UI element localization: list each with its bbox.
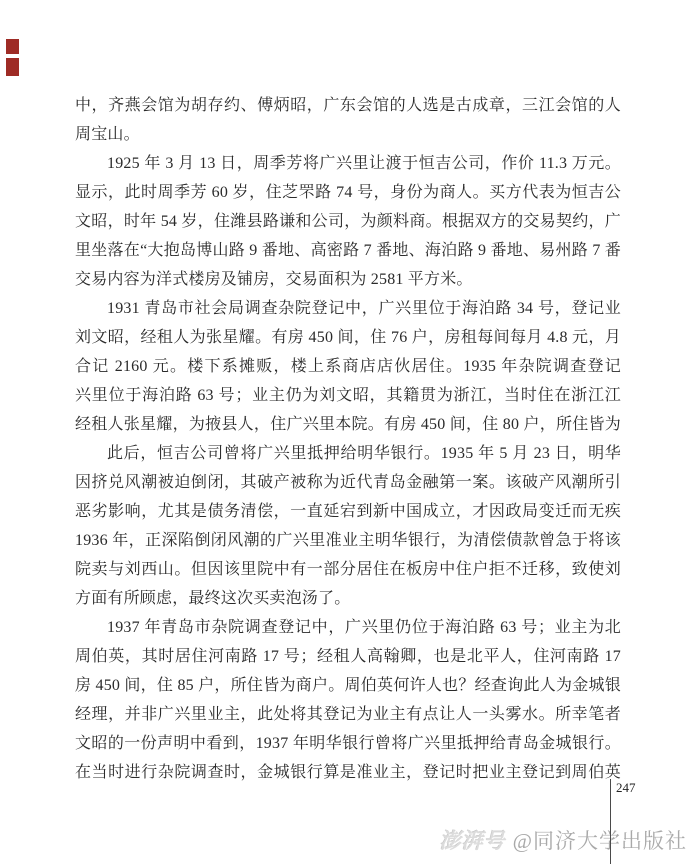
page-number-rule <box>610 779 611 864</box>
text-line: 1937 年青岛市杂院调查登记中，广兴里仍位于海泊路 63 号；业主为北平人 <box>75 613 621 642</box>
text-line: 合记 2160 元。楼下系摊贩，楼上系商店店伙居住。1935 年杂院调查登记中，… <box>75 352 621 381</box>
text-line: 1931 青岛市社会局调查杂院登记中，广兴里位于海泊路 34 号，登记业主为 <box>75 294 621 323</box>
page-number: 247 <box>616 780 636 796</box>
text-line: 房 450 间，住 85 户，所住皆为商户。周伯英何许人也？经查询此人为金城银行 <box>75 671 621 700</box>
watermark: 澎湃号@同济大学出版社 <box>440 825 687 855</box>
pengpai-logo: 澎湃号 <box>440 829 506 853</box>
text-line: 文昭，时年 54 岁，住潍县路谦和公司，为颜料商。根据双方的交易契约，广兴 <box>75 207 621 236</box>
book-page: 中，齐燕会馆为胡存约、傅炳昭，广东会馆的人选是古成章，三江会馆的人选是周宝山。1… <box>0 0 690 864</box>
text-line: 经租人张星耀，为掖县人，住广兴里本院。有房 450 间，住 80 户，所住皆为商… <box>75 410 621 439</box>
text-line: 方面有所顾虑，最终这次买卖泡汤了。 <box>75 584 621 613</box>
body-text: 中，齐燕会馆为胡存约、傅炳昭，广东会馆的人选是古成章，三江会馆的人选是周宝山。1… <box>75 91 621 787</box>
text-line: 1925 年 3 月 13 日，周季芳将广兴里让渡于恒吉公司，作价 11.3 万… <box>75 149 621 178</box>
text-line: 刘文昭，经租人为张星耀。有房 450 间，住 76 户，房租每间每月 4.8 元… <box>75 323 621 352</box>
red-edge-mark-top <box>6 39 19 54</box>
text-line: 周伯英，其时居住河南路 17 号；经租人高翰卿，也是北平人，住河南路 17 号。 <box>75 642 621 671</box>
publisher-credit: @同济大学出版社 <box>513 829 687 853</box>
text-line: 显示，此时周季芳 60 岁，住芝罘路 74 号，身份为商人。买方代表为恒吉公司刘 <box>75 178 621 207</box>
text-line: 院卖与刘西山。但因该里院中有一部分居住在板房中住户拒不迁移，致使刘西山 <box>75 555 621 584</box>
text-line: 1936 年，正深陷倒闭风潮的广兴里准业主明华银行，为清偿债款曾急于将该里 <box>75 526 621 555</box>
text-line: 周宝山。 <box>75 120 621 149</box>
text-line: 恶劣影响，尤其是债务清偿，一直延宕到新中国成立，才因政局变迁而无疾而终。 <box>75 497 621 526</box>
text-line: 经理，并非广兴里业主，此处将其登记为业主有点让人一头雾水。所幸笔者在刘 <box>75 700 621 729</box>
text-line: 文昭的一份声明中看到，1937 年明华银行曾将广兴里抵押给青岛金城银行。所以， <box>75 729 621 758</box>
text-line: 在当时进行杂院调查时，金城银行算是准业主，登记时把业主登记到周伯英头上， <box>75 758 621 787</box>
text-line: 因挤兑风潮被迫倒闭，其破产被称为近代青岛金融第一案。该破产风潮所引起的 <box>75 468 621 497</box>
text-line: 交易内容为洋式楼房及铺房，交易面积为 2581 平方米。 <box>75 265 621 294</box>
red-edge-mark-bottom <box>6 58 19 76</box>
text-line: 里坐落在“大抱岛博山路 9 番地、高密路 7 番地、海泊路 9 番地、易州路 7… <box>75 236 621 265</box>
text-line: 中，齐燕会馆为胡存约、傅炳昭，广东会馆的人选是古成章，三江会馆的人选是 <box>75 91 621 120</box>
text-line: 兴里位于海泊路 63 号；业主仍为刘文昭，其籍贯为浙江，当时住在浙江江厦； <box>75 381 621 410</box>
text-line: 此后，恒吉公司曾将广兴里抵押给明华银行。1935 年 5 月 23 日，明华银行 <box>75 439 621 468</box>
